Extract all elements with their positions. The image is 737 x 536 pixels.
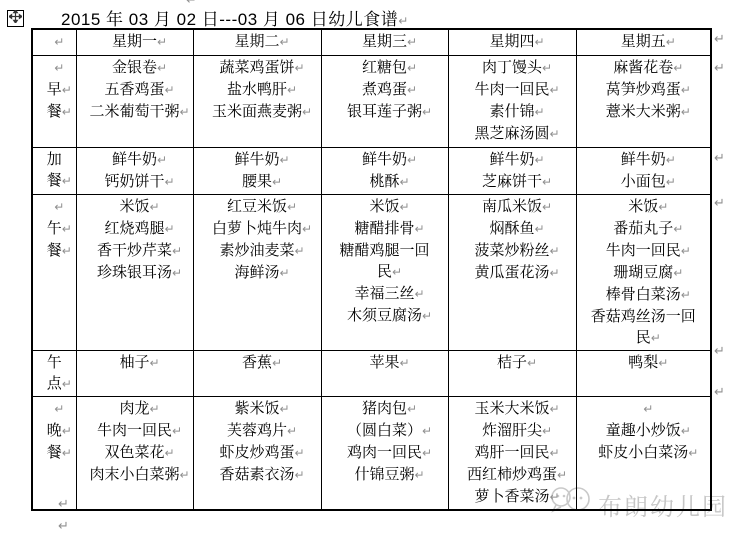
menu-item-line: 红糖包↵ (334, 57, 436, 79)
menu-cell: 桔子↵ (448, 350, 576, 396)
menu-item-line: 鲜牛奶↵ (589, 149, 699, 171)
menu-item-line: 桔子↵ (461, 352, 564, 374)
menu-table-body: ↵星期一↵星期二↵星期三↵星期四↵星期五↵↵早↵餐↵金银卷↵五香鸡蛋↵二米葡萄干… (32, 29, 711, 510)
menu-item-line: （圆白菜）↵ (334, 420, 436, 442)
menu-item-line: 餐↵ (45, 101, 64, 123)
paragraph-mark: ↵ (58, 496, 69, 512)
menu-cell: 麻酱花卷↵莴笋炒鸡蛋↵薏米大米粥↵ (576, 55, 711, 147)
menu-item-line: 棒骨白菜汤↵ (589, 284, 699, 306)
menu-item-line: 红烧鸡腿↵ (89, 218, 181, 240)
menu-item-line: 鲜牛奶↵ (461, 149, 564, 171)
menu-item-line: ↵ (45, 398, 64, 420)
menu-item-line: 米饭↵ (89, 196, 181, 218)
menu-item-line: 桃酥↵ (334, 171, 436, 193)
menu-item-line: 木须豆腐汤↵ (334, 305, 436, 327)
menu-item-line: 双色菜花↵ (89, 442, 181, 464)
menu-item-line: 柚子↵ (89, 352, 181, 374)
menu-item-line: 白萝卜炖牛肉↵ (206, 218, 309, 240)
menu-item-line: 幸福三丝↵ (334, 283, 436, 305)
menu-cell: 肉丁馒头↵牛肉一回民↵素什锦↵黑芝麻汤圆↵ (448, 55, 576, 147)
menu-item-line: 薏米大米粥↵ (589, 101, 699, 123)
menu-item-line: 莴笋炒鸡蛋↵ (589, 79, 699, 101)
menu-cell: 蔬菜鸡蛋饼↵盐水鸭肝↵玉米面燕麦粥↵ (193, 55, 321, 147)
menu-item-line: 早↵ (45, 79, 64, 101)
menu-cell: 鲜牛奶↵芝麻饼干↵ (448, 147, 576, 194)
menu-item-line: 黄瓜蛋花汤↵ (461, 262, 564, 284)
menu-table: ↵星期一↵星期二↵星期三↵星期四↵星期五↵↵早↵餐↵金银卷↵五香鸡蛋↵二米葡萄干… (31, 28, 712, 511)
menu-item-line: 晚↵ (45, 420, 64, 442)
menu-item-line: 午↵ (45, 218, 64, 240)
table-move-handle[interactable] (7, 10, 24, 27)
meal-row-label: ↵午↵餐↵ (32, 194, 76, 350)
menu-item-line: 虾皮炒鸡蛋↵ (206, 442, 309, 464)
menu-cell: 红糖包↵煮鸡蛋↵银耳莲子粥↵ (321, 55, 448, 147)
row-end-mark: ↵ (714, 384, 725, 400)
menu-item-line: 猪肉包↵ (334, 398, 436, 420)
menu-item-line: 鲜牛奶↵ (206, 149, 309, 171)
menu-item-line: 星期二↵ (206, 31, 309, 53)
menu-item-line: 香蕉↵ (206, 352, 309, 374)
menu-item-line: 鸡肝一回民↵ (461, 442, 564, 464)
menu-item-line: 苹果↵ (334, 352, 436, 374)
menu-item-line: ↵ (589, 398, 699, 420)
menu-item-line: 番茄丸子↵ (589, 218, 699, 240)
menu-cell: 红豆米饭↵白萝卜炖牛肉↵素炒油麦菜↵海鲜汤↵ (193, 194, 321, 350)
menu-item-line: 玉米大米饭↵ (461, 398, 564, 420)
menu-item-line: 糖醋鸡腿一回民↵ (334, 240, 436, 283)
menu-cell: 柚子↵ (76, 350, 193, 396)
menu-item-line: 星期三↵ (334, 31, 436, 53)
day-header-cell: 星期四↵ (448, 29, 576, 55)
day-header-cell: 星期二↵ (193, 29, 321, 55)
menu-item-line: 肉丁馒头↵ (461, 57, 564, 79)
menu-item-line: 餐↵ (45, 442, 64, 464)
paragraph-mark: ↵ (58, 518, 69, 534)
menu-item-line: 鸡肉一回民↵ (334, 442, 436, 464)
meal-row-label: 加餐↵ (32, 147, 76, 194)
menu-cell: 米饭↵番茄丸子↵牛肉一回民↵珊瑚豆腐↵棒骨白菜汤↵香菇鸡丝汤一回民↵ (576, 194, 711, 350)
menu-item-line: 星期五↵ (589, 31, 699, 53)
row-end-mark: ↵ (714, 343, 725, 359)
day-header-cell: 星期五↵ (576, 29, 711, 55)
menu-item-line: 星期四↵ (461, 31, 564, 53)
menu-item-line: 香干炒芹菜↵ (89, 240, 181, 262)
row-end-mark: ↵ (714, 60, 725, 76)
menu-item-line: 海鲜汤↵ (206, 262, 309, 284)
menu-item-line: 西红柿炒鸡蛋↵ (461, 464, 564, 486)
menu-item-line: 香菇素衣汤↵ (206, 464, 309, 486)
menu-cell: 鸭梨↵ (576, 350, 711, 396)
menu-item-line: 加餐↵ (45, 149, 64, 192)
menu-item-line: 腰果↵ (206, 171, 309, 193)
menu-cell: 香蕉↵ (193, 350, 321, 396)
menu-item-line: 炸溜肝尖↵ (461, 420, 564, 442)
day-header-cell: 星期三↵ (321, 29, 448, 55)
menu-item-line: 煮鸡蛋↵ (334, 79, 436, 101)
menu-item-line: 珊瑚豆腐↵ (589, 262, 699, 284)
menu-item-line: 红豆米饭↵ (206, 196, 309, 218)
menu-cell: 南瓜米饭↵焖酥鱼↵菠菜炒粉丝↵黄瓜蛋花汤↵ (448, 194, 576, 350)
paragraph-mark: ↵ (186, 0, 197, 8)
meal-row-label: ↵晚↵餐↵ (32, 396, 76, 510)
menu-cell: 鲜牛奶↵钙奶饼干↵ (76, 147, 193, 194)
menu-cell: 紫米饭↵芙蓉鸡片↵虾皮炒鸡蛋↵香菇素衣汤↵ (193, 396, 321, 510)
day-header-cell: 星期一↵ (76, 29, 193, 55)
menu-item-line: 玉米面燕麦粥↵ (206, 101, 309, 123)
menu-item-line: 南瓜米饭↵ (461, 196, 564, 218)
page-title-text: 2015 年 03 月 02 日---03 月 06 日幼儿食谱 (61, 10, 398, 29)
menu-item-line: 蔬菜鸡蛋饼↵ (206, 57, 309, 79)
meal-row-label: 午点↵ (32, 350, 76, 396)
page-title: 2015 年 03 月 02 日---03 月 06 日幼儿食谱↵ (61, 5, 398, 30)
menu-cell: 肉龙↵牛肉一回民↵双色菜花↵肉末小白菜粥↵ (76, 396, 193, 510)
menu-item-line: 牛肉一回民↵ (589, 240, 699, 262)
menu-item-line: 金银卷↵ (89, 57, 181, 79)
menu-item-line: 珍珠银耳汤↵ (89, 262, 181, 284)
menu-item-line: 菠菜炒粉丝↵ (461, 240, 564, 262)
menu-item-line: 小面包↵ (589, 171, 699, 193)
menu-item-line: 虾皮小白菜汤↵ (589, 442, 699, 464)
menu-item-line: 肉末小白菜粥↵ (89, 464, 181, 486)
row-end-mark: ↵ (714, 195, 725, 211)
menu-item-line: ↵ (45, 196, 64, 218)
menu-cell: 米饭↵糖醋排骨↵糖醋鸡腿一回民↵幸福三丝↵木须豆腐汤↵ (321, 194, 448, 350)
row-end-mark: ↵ (714, 150, 725, 166)
menu-cell: 金银卷↵五香鸡蛋↵二米葡萄干粥↵ (76, 55, 193, 147)
menu-item-line: 米饭↵ (334, 196, 436, 218)
meal-row-label: ↵早↵餐↵ (32, 55, 76, 147)
menu-item-line: 糖醋排骨↵ (334, 218, 436, 240)
menu-item-line: 钙奶饼干↵ (89, 171, 181, 193)
move-arrows-icon (9, 10, 22, 28)
menu-item-line: 紫米饭↵ (206, 398, 309, 420)
menu-item-line: 麻酱花卷↵ (589, 57, 699, 79)
menu-item-line: 素炒油麦菜↵ (206, 240, 309, 262)
corner-header-cell: ↵ (32, 29, 76, 55)
menu-item-line: 鸭梨↵ (589, 352, 699, 374)
menu-item-line: 鲜牛奶↵ (334, 149, 436, 171)
menu-item-line: 焖酥鱼↵ (461, 218, 564, 240)
menu-item-line: 芝麻饼干↵ (461, 171, 564, 193)
menu-item-line: 芙蓉鸡片↵ (206, 420, 309, 442)
menu-cell: 玉米大米饭↵炸溜肝尖↵鸡肝一回民↵西红柿炒鸡蛋↵萝卜香菜汤↵ (448, 396, 576, 510)
row-end-mark: ↵ (714, 31, 725, 47)
menu-item-line: 星期一↵ (89, 31, 181, 53)
menu-item-line: 萝卜香菜汤↵ (461, 486, 564, 508)
menu-cell: 鲜牛奶↵腰果↵ (193, 147, 321, 194)
menu-item-line: 牛肉一回民↵ (89, 420, 181, 442)
menu-cell: 猪肉包↵（圆白菜）↵鸡肉一回民↵什锦豆粥↵ (321, 396, 448, 510)
menu-item-line: ↵ (45, 57, 64, 79)
menu-item-line: 素什锦↵ (461, 101, 564, 123)
menu-cell: 鲜牛奶↵桃酥↵ (321, 147, 448, 194)
document-page: 2015 年 03 月 02 日---03 月 06 日幼儿食谱↵ ↵星期一↵星… (0, 0, 737, 536)
menu-item-line: 盐水鸭肝↵ (206, 79, 309, 101)
menu-item-line: 餐↵ (45, 240, 64, 262)
menu-item-line: 黑芝麻汤圆↵ (461, 123, 564, 145)
menu-item-line: 牛肉一回民↵ (461, 79, 564, 101)
menu-cell: 苹果↵ (321, 350, 448, 396)
menu-item-line: ↵ (45, 31, 64, 53)
menu-item-line: 香菇鸡丝汤一回民↵ (589, 306, 699, 349)
menu-item-line: 童趣小炒饭↵ (589, 420, 699, 442)
menu-cell: 鲜牛奶↵小面包↵ (576, 147, 711, 194)
menu-item-line: 五香鸡蛋↵ (89, 79, 181, 101)
menu-item-line: 肉龙↵ (89, 398, 181, 420)
menu-cell: ↵童趣小炒饭↵虾皮小白菜汤↵ (576, 396, 711, 510)
menu-item-line: 什锦豆粥↵ (334, 464, 436, 486)
menu-item-line: 午点↵ (45, 352, 64, 395)
menu-cell: 米饭↵红烧鸡腿↵香干炒芹菜↵珍珠银耳汤↵ (76, 194, 193, 350)
menu-item-line: 鲜牛奶↵ (89, 149, 181, 171)
menu-item-line: 银耳莲子粥↵ (334, 101, 436, 123)
menu-item-line: 米饭↵ (589, 196, 699, 218)
menu-item-line: 二米葡萄干粥↵ (89, 101, 181, 123)
